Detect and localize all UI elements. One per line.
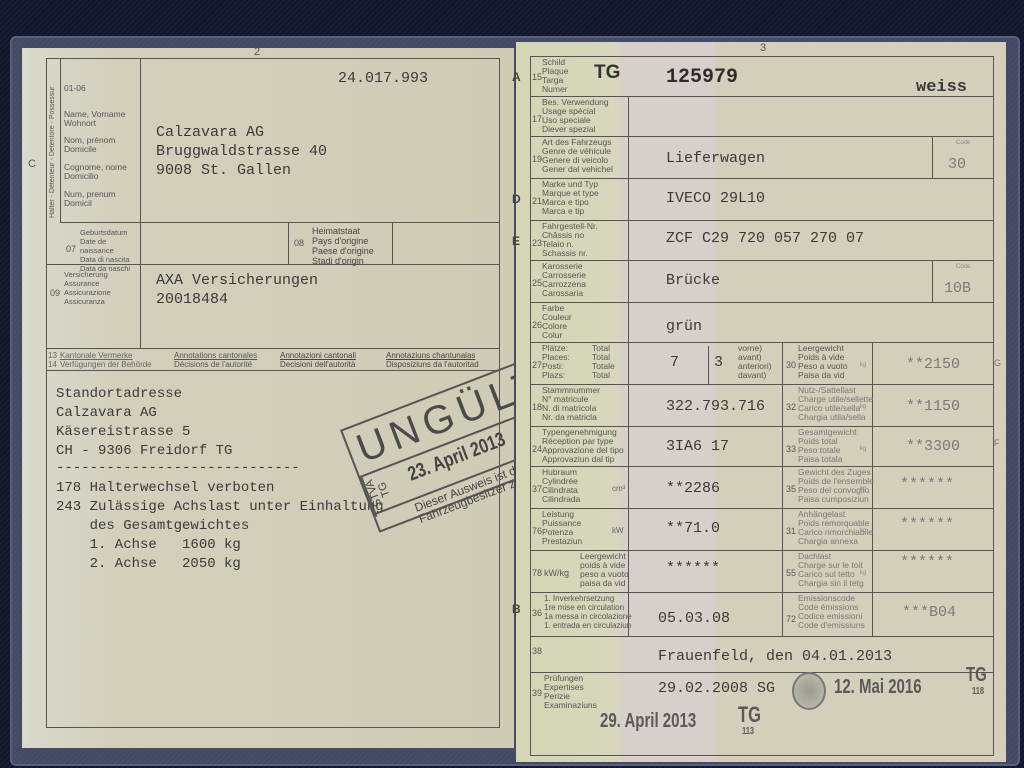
empty-weight-value: **2150 xyxy=(906,356,960,373)
chassis-value: ZCF C29 720 057 270 07 xyxy=(666,230,864,247)
label-line: Data di nascita xyxy=(80,255,142,264)
document-number: 24.017.993 xyxy=(338,70,428,87)
seats-front: 3 xyxy=(714,354,723,371)
displacement-value: **2286 xyxy=(666,480,720,497)
holder-code: 01-06 xyxy=(64,84,86,93)
right-page: 3 A 15 Schild Plaque Targa Numer TG 1259… xyxy=(516,42,1006,762)
holder-label-de: Name, Vorname Wohnort xyxy=(64,110,134,128)
first-registration-labels: 1. Inverkehrsetzung 1re mise en circulat… xyxy=(544,594,632,630)
official-seal-icon xyxy=(792,672,826,710)
power-value: **71.0 xyxy=(666,520,720,537)
label-line: Chargia annexa xyxy=(798,537,873,546)
divider xyxy=(46,264,500,265)
type-approval-labels: Typengenehmigung Réception par type Appr… xyxy=(542,428,624,464)
birthdate-labels: Geburtsdatum Date de naissance Data di n… xyxy=(80,228,142,273)
label-line: 1. Inverkehrsetzung xyxy=(544,594,632,603)
second-stamp-date: 29. April 2013 xyxy=(600,710,696,733)
label-line: 14 xyxy=(48,360,57,369)
label-line: Code d'emissiuns xyxy=(798,621,865,630)
annotations-header-it: Annotazioni cantonali Decisioni dell'aut… xyxy=(280,351,356,369)
divider xyxy=(530,508,994,509)
label-line: Paisa da vid xyxy=(798,371,848,380)
holder-city: 9008 St. Gallen xyxy=(156,162,291,179)
roof-load-number: 55 xyxy=(786,568,796,578)
label-line: Chargia utila/sella xyxy=(798,413,873,422)
insurance-company: AXA Versicherungen xyxy=(156,272,318,289)
origin-labels: Heimatstaat Pays d'origine Paese d'origi… xyxy=(312,226,392,266)
label-line: Date de naissance xyxy=(80,237,142,255)
divider xyxy=(530,302,994,303)
payload-number: 32 xyxy=(786,402,796,412)
divider xyxy=(530,178,994,179)
label-line: Verfügungen der Behörde xyxy=(60,360,152,369)
label-line: Paisa totala xyxy=(798,455,857,464)
plate-canton: TG xyxy=(594,62,620,84)
label-line: Examinaziuns xyxy=(544,701,597,710)
divider xyxy=(530,220,994,221)
location-street: Käsereistrasse 5 xyxy=(56,424,190,440)
emission-code-value: ***B04 xyxy=(902,604,956,621)
divider xyxy=(932,260,933,302)
payload-unit: kg xyxy=(860,404,866,410)
divider xyxy=(392,222,393,264)
make-model-value: IVECO 29L10 xyxy=(666,190,765,207)
section-letter-a: A xyxy=(512,70,521,84)
divider xyxy=(60,222,500,223)
inspection-stamp-code: 118 xyxy=(972,686,984,697)
annotations-header-numbers: 13 14 xyxy=(48,351,57,369)
label-line: Carossaria xyxy=(542,289,586,298)
label-line: 13 xyxy=(48,351,57,360)
body-value: Brücke xyxy=(666,272,720,289)
plate-value: 125979 xyxy=(666,66,738,89)
label-line: 1re mise en circulation xyxy=(544,603,632,612)
divider xyxy=(46,370,500,371)
label-line: Nr. da matricla xyxy=(542,413,600,422)
label-line: Annotaziuns chantunalas xyxy=(386,351,479,360)
section-letter-b: B xyxy=(512,602,521,616)
divider xyxy=(530,636,994,637)
label-line: paisa da vid xyxy=(580,579,629,588)
first-registration-number: 36 xyxy=(532,608,542,618)
inspection-stamp-date: 12. Mai 2016 xyxy=(834,676,922,699)
inspections-labels: Prüfungen Expertises Perizie Examinaziun… xyxy=(544,674,597,710)
registry-number-field: 18 xyxy=(532,402,542,412)
label-line: Prestaziun xyxy=(542,537,582,546)
seats-labels: Plätze: Places: Posti: Plazs: xyxy=(542,344,570,380)
emission-code-labels: Emissionscode Code émissions Codice emis… xyxy=(798,594,865,630)
label-line: Diever spezial xyxy=(542,125,609,134)
section-letter-c: C xyxy=(28,160,36,169)
label-line: Disposiziuns da l'autoritad xyxy=(386,360,479,369)
emission-code-number: 72 xyxy=(786,614,796,624)
divider xyxy=(60,58,61,223)
trailer-load-value: ****** xyxy=(900,516,954,533)
label-line: Paese d'origine xyxy=(312,246,392,256)
label-line: Numer xyxy=(542,85,568,94)
axle-2-load: 2. Achse 2050 kg xyxy=(56,556,241,572)
type-approval-number: 24 xyxy=(532,444,542,454)
seats-total-labels: Total Total Totale Total xyxy=(592,344,615,380)
location-name: Calzavara AG xyxy=(56,405,157,421)
label-line: Schassis nr. xyxy=(542,249,598,258)
total-weight-labels: Gesamtgewicht Poids total Peso totale Pa… xyxy=(798,428,857,464)
label-line: Annotazioni cantonali xyxy=(280,351,356,360)
insurance-labels: Versicherung Assurance Assicurazione Ass… xyxy=(64,270,138,306)
label-line: Kantonale Vermerke xyxy=(60,351,152,360)
page-number-right: 3 xyxy=(760,42,766,54)
second-stamp-code: 113 xyxy=(742,726,754,737)
vehicle-type-code: 30 xyxy=(948,156,966,173)
annotations-header-rm: Annotaziuns chantunalas Disposiziuns da … xyxy=(386,351,479,369)
annotations-header-de: Kantonale Vermerke Verfügungen der Behör… xyxy=(60,351,152,369)
empty-weight-number: 30 xyxy=(786,360,796,370)
total-weight-value: **3300 xyxy=(906,438,960,455)
label-line: davant) xyxy=(738,371,772,380)
annotation-243-cont: des Gesamtgewichtes xyxy=(56,518,249,534)
label-line: Gener dal vehichel xyxy=(542,165,613,174)
section-letter-e: E xyxy=(512,234,520,248)
seats-total: 7 xyxy=(670,354,679,371)
seats-number: 27 xyxy=(532,360,542,370)
total-weight-number: 33 xyxy=(786,444,796,454)
holder-vertical-label: Halter - Détenteur - Detentore - Possess… xyxy=(48,78,60,218)
label-line: Annotations cantonales xyxy=(174,351,257,360)
body-labels: Karosserie Carrosserie Carrozzena Caross… xyxy=(542,262,586,298)
holder-label-fr: Nom, prénom Domicile xyxy=(64,136,134,154)
origin-number: 08 xyxy=(294,238,304,248)
trailer-load-unit: kg xyxy=(860,528,866,534)
divider xyxy=(46,348,500,349)
power-unit: kW xyxy=(612,526,624,535)
section-letter-g: G xyxy=(994,358,1001,368)
chassis-number-field: 23 xyxy=(532,238,542,248)
label-line: Assicuranza xyxy=(64,297,138,306)
payload-value: **1150 xyxy=(906,398,960,415)
body-code: 10B xyxy=(944,280,971,297)
divider xyxy=(288,222,289,264)
seats-front-labels: vorne) avant) anteriori) davant) xyxy=(738,344,772,380)
holder-label-rm: Num, prenum Domicil xyxy=(64,190,134,208)
empty-weight-labels: Leergewicht Poids à vide Peso a vuoto Pa… xyxy=(798,344,848,380)
holder-street: Bruggwaldstrasse 40 xyxy=(156,143,327,160)
label-line: Pays d'origine xyxy=(312,236,392,246)
divider xyxy=(140,58,141,348)
axle-1-load: 1. Achse 1600 kg xyxy=(56,537,241,553)
inspection-stamp-canton: TG xyxy=(966,664,987,687)
section-letter-d: D xyxy=(512,192,521,206)
plate-labels: Schild Plaque Targa Numer xyxy=(542,58,568,94)
power-weight-unit: kW/kg xyxy=(544,568,569,578)
plate-number-field: 15 xyxy=(532,72,542,82)
type-approval-value: 3IA6 17 xyxy=(666,438,729,455)
empty-weight-unit: kg xyxy=(860,362,866,368)
train-weight-unit: kg xyxy=(860,486,866,492)
roof-load-unit: kg xyxy=(860,570,866,576)
power-labels: Leistung Puissance Potenza Prestaziun xyxy=(542,510,582,546)
label-line: Decisioni dell'autorità xyxy=(280,360,356,369)
divider xyxy=(530,260,994,261)
vehicle-type-labels: Art des Fahrzeugs Genre de véhicule Gene… xyxy=(542,138,613,174)
displacement-number: 37 xyxy=(532,484,542,494)
train-weight-number: 35 xyxy=(786,484,796,494)
vehicle-type-code-label: Code xyxy=(956,140,970,146)
holder-label-it: Cognome, nome Domicilio xyxy=(64,163,134,181)
make-model-number: 21 xyxy=(532,196,542,206)
label-line: Assicurazione xyxy=(64,288,138,297)
location-title: Standortadresse xyxy=(56,386,182,402)
label-line: Total xyxy=(592,371,615,380)
second-stamp-canton: TG xyxy=(738,702,761,728)
annotation-243: 243 Zulässige Achslast unter Einhaltung xyxy=(56,499,384,515)
color-labels: Farbe Couleur Colore Colur xyxy=(542,304,572,340)
page-number-left: 2 xyxy=(254,46,260,58)
label-line: Heimatstaat xyxy=(312,226,392,236)
holder-name: Calzavara AG xyxy=(156,124,264,141)
registry-number-value: 322.793.716 xyxy=(666,398,765,415)
label-line: Marca e tip xyxy=(542,207,599,216)
power-weight-number: 78 xyxy=(532,568,542,578)
label-line: Cilindrada xyxy=(542,495,580,504)
vehicle-type-number: 19 xyxy=(532,154,542,164)
power-weight-value: ****** xyxy=(666,560,720,577)
location-city: CH - 9306 Freidorf TG xyxy=(56,443,232,459)
body-code-label: Code xyxy=(956,264,970,270)
power-weight-labels: Leergewicht poids à vide peso a vuoto pa… xyxy=(580,552,629,588)
body-number: 25 xyxy=(532,278,542,288)
make-model-labels: Marke und Typ Marque et type Marca e tip… xyxy=(542,180,599,216)
roof-load-value: ****** xyxy=(900,554,954,571)
divider xyxy=(530,466,994,467)
issue-place-number: 38 xyxy=(532,646,542,656)
label-line: Colur xyxy=(542,331,572,340)
issue-place-value: Frauenfeld, den 04.01.2013 xyxy=(658,648,892,665)
divider xyxy=(530,672,994,673)
label-line: Assurance xyxy=(64,279,138,288)
inspections-value: 29.02.2008 SG xyxy=(658,680,775,697)
divider xyxy=(708,346,709,384)
chassis-labels: Fahrgestell-Nr. Châssis no Telaio n. Sch… xyxy=(542,222,598,258)
divider xyxy=(932,136,933,178)
color-number: 26 xyxy=(532,320,542,330)
special-use-number: 17 xyxy=(532,114,542,124)
section-letter-f: F xyxy=(994,438,1000,448)
label-line: Geburtsdatum xyxy=(80,228,142,237)
displacement-unit: cm³ xyxy=(612,484,625,493)
plate-color: weiss xyxy=(916,78,967,97)
trailer-load-number: 31 xyxy=(786,526,796,536)
first-registration-value: 05.03.08 xyxy=(658,610,730,627)
insurance-policy-number: 20018484 xyxy=(156,291,228,308)
label-line: Approvaziun dal tip xyxy=(542,455,624,464)
total-weight-unit: kg xyxy=(860,446,866,452)
label-line: Paisa cumposiziun xyxy=(798,495,874,504)
label-line: Décisions de l'autorité xyxy=(174,360,257,369)
insurance-number: 09 xyxy=(50,288,60,298)
annotations-header-fr: Annotations cantonales Décisions de l'au… xyxy=(174,351,257,369)
label-line: 1. entrada en circulaziun xyxy=(544,621,632,630)
birthdate-number: 07 xyxy=(66,244,76,254)
displacement-labels: Hubraum Cylindrée Cilindrata Cilindrada xyxy=(542,468,580,504)
inspections-number: 39 xyxy=(532,688,542,698)
divider xyxy=(530,592,994,593)
annotation-178: 178 Halterwechsel verboten xyxy=(56,480,274,496)
label-line: Versicherung xyxy=(64,270,138,279)
color-value: grün xyxy=(666,318,702,335)
registry-labels: Stammnummer N° matricule N. di matricola… xyxy=(542,386,600,422)
label-line: Plazs: xyxy=(542,371,570,380)
label-line: 1a messa in circolazione xyxy=(544,612,632,621)
vehicle-type-value: Lieferwagen xyxy=(666,150,765,167)
roof-load-labels: Dachlast Charge sur le toit Carico sul t… xyxy=(798,552,864,588)
label-line: Chargia sin il tetg xyxy=(798,579,864,588)
separator-line: ----------------------------- xyxy=(56,460,300,476)
power-number: 76 xyxy=(532,526,542,536)
special-use-labels: Bes. Verwendung Usage spécial Uso specia… xyxy=(542,98,609,134)
train-weight-value: ****** xyxy=(900,476,954,493)
